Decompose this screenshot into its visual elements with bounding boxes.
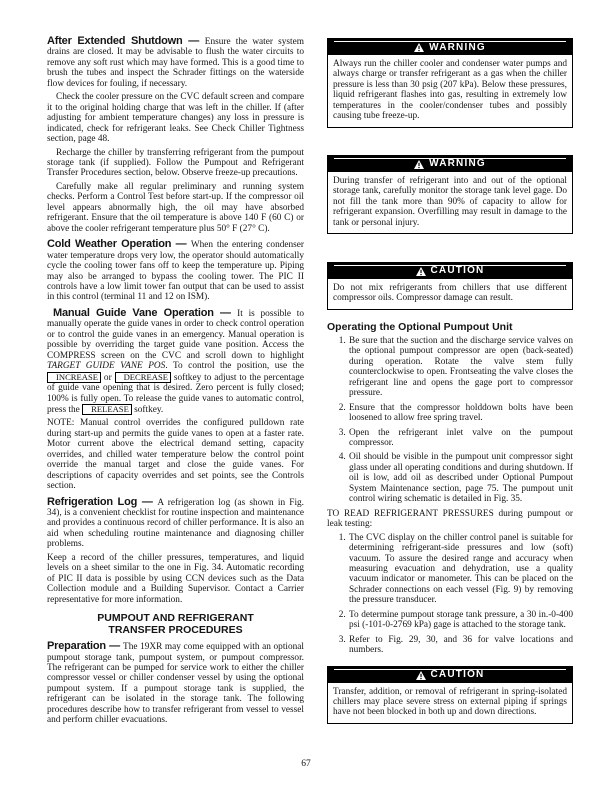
caution-box-2: CAUTION Transfer, addition, or removal o… — [327, 666, 573, 724]
warning-icon — [414, 160, 424, 169]
warning-2-text: During transfer of refrigerant into and … — [333, 176, 567, 228]
warning-icon — [414, 43, 424, 52]
pumpout-steps-list: Be sure that the suction and the dischar… — [327, 336, 573, 505]
pumpout-heading-line2: TRANSFER PROCEDURES — [47, 625, 304, 637]
warning-box-1-header: WARNING — [328, 39, 572, 55]
page-number: 67 — [0, 759, 612, 769]
right-column: WARNING Always run the chiller cooler an… — [327, 38, 573, 724]
caution-2-text: Transfer, addition, or removal of refrig… — [333, 687, 567, 718]
read-pressures-step: To determine pumpout storage tank pressu… — [348, 610, 573, 631]
left-column: After Extended Shutdown — Ensure the wat… — [47, 36, 304, 729]
pumpout-step: Open the refrigerant inlet valve on the … — [348, 428, 573, 449]
paragraph-recharge-chiller: Recharge the chiller by transferring ref… — [47, 148, 304, 179]
read-pressures-steps-list: The CVC display on the chiller control p… — [327, 533, 573, 656]
decrease-softkey-label: DECREASE — [115, 372, 171, 383]
pumpout-step: Be sure that the suction and the dischar… — [348, 336, 573, 399]
section-manual-guide-vane: Manual Guide Vane Operation — It is poss… — [47, 308, 304, 416]
pumpout-procedures-heading: PUMPOUT AND REFRIGERANT TRANSFER PROCEDU… — [47, 613, 304, 636]
manual-guide-vane-heading: Manual Guide Vane Operation — — [53, 307, 237, 319]
pumpout-step: Oil should be visible in the pumpout uni… — [348, 452, 573, 504]
warning-icon — [416, 671, 426, 680]
manual-guide-vane-text-5: softkey. — [132, 405, 163, 415]
pumpout-heading-line1: PUMPOUT AND REFRIGERANT — [47, 613, 304, 625]
read-pressures-step: Refer to Fig. 29, 30, and 36 for valve l… — [348, 635, 573, 656]
refrigeration-log-heading: Refrigeration Log — — [47, 496, 157, 508]
cold-weather-heading: Cold Weather Operation — — [47, 238, 191, 250]
caution-box-1-header: CAUTION — [328, 263, 572, 279]
caution-label: CAUTION — [431, 265, 485, 276]
warning-icon — [416, 267, 426, 276]
section-refrigeration-log: Refrigeration Log — A refrigeration log … — [47, 497, 304, 550]
caution-1-text: Do not mix refrigerants from chillers th… — [333, 283, 567, 304]
caution-label: CAUTION — [431, 669, 485, 680]
release-softkey-label: RELEASE — [82, 404, 132, 415]
read-pressures-step: The CVC display on the chiller control p… — [348, 533, 573, 606]
manual-page-67: { "page": { "number": "67" }, "labels": … — [0, 0, 612, 792]
warning-box-2: WARNING During transfer of refrigerant i… — [327, 155, 573, 234]
paragraph-preliminary-checks: Carefully make all regular preliminary a… — [47, 182, 304, 234]
target-guide-vane-pos-label: TARGET GUIDE VANE POS — [47, 361, 165, 371]
read-refrigerant-pressures-intro: TO READ REFRIGERANT PRESSURES during pum… — [327, 509, 573, 530]
section-after-extended-shutdown: After Extended Shutdown — Ensure the wat… — [47, 36, 304, 89]
paragraph-check-cooler-pressure: Check the cooler pressure on the CVC def… — [47, 92, 304, 144]
preparation-heading: Preparation — — [47, 640, 123, 652]
warning-1-text: Always run the chiller cooler and conden… — [333, 59, 567, 122]
warning-box-1: WARNING Always run the chiller cooler an… — [327, 38, 573, 128]
manual-guide-vane-text-2: . To control the position, use the — [165, 361, 304, 371]
preparation-body: The 19XR may come equipped with an optio… — [47, 642, 304, 725]
increase-softkey-label: INCREASE — [47, 372, 101, 383]
pumpout-step: Ensure that the compressor holddown bolt… — [348, 403, 573, 424]
caution-box-2-header: CAUTION — [328, 667, 572, 683]
section-cold-weather-operation: Cold Weather Operation — When the enteri… — [47, 239, 304, 303]
operating-pumpout-unit-heading: Operating the Optional Pumpout Unit — [327, 321, 573, 333]
warning-label: WARNING — [429, 158, 486, 169]
manual-guide-vane-text-3: or — [101, 373, 115, 383]
after-extended-shutdown-heading: After Extended Shutdown — — [47, 35, 205, 47]
warning-box-2-header: WARNING — [328, 156, 572, 172]
caution-box-1: CAUTION Do not mix refrigerants from chi… — [327, 262, 573, 310]
note-manual-control: NOTE: Manual control overrides the confi… — [47, 418, 304, 491]
section-preparation: Preparation — The 19XR may come equipped… — [47, 641, 304, 726]
warning-label: WARNING — [429, 42, 486, 53]
paragraph-keep-record: Keep a record of the chiller pressures, … — [47, 553, 304, 605]
